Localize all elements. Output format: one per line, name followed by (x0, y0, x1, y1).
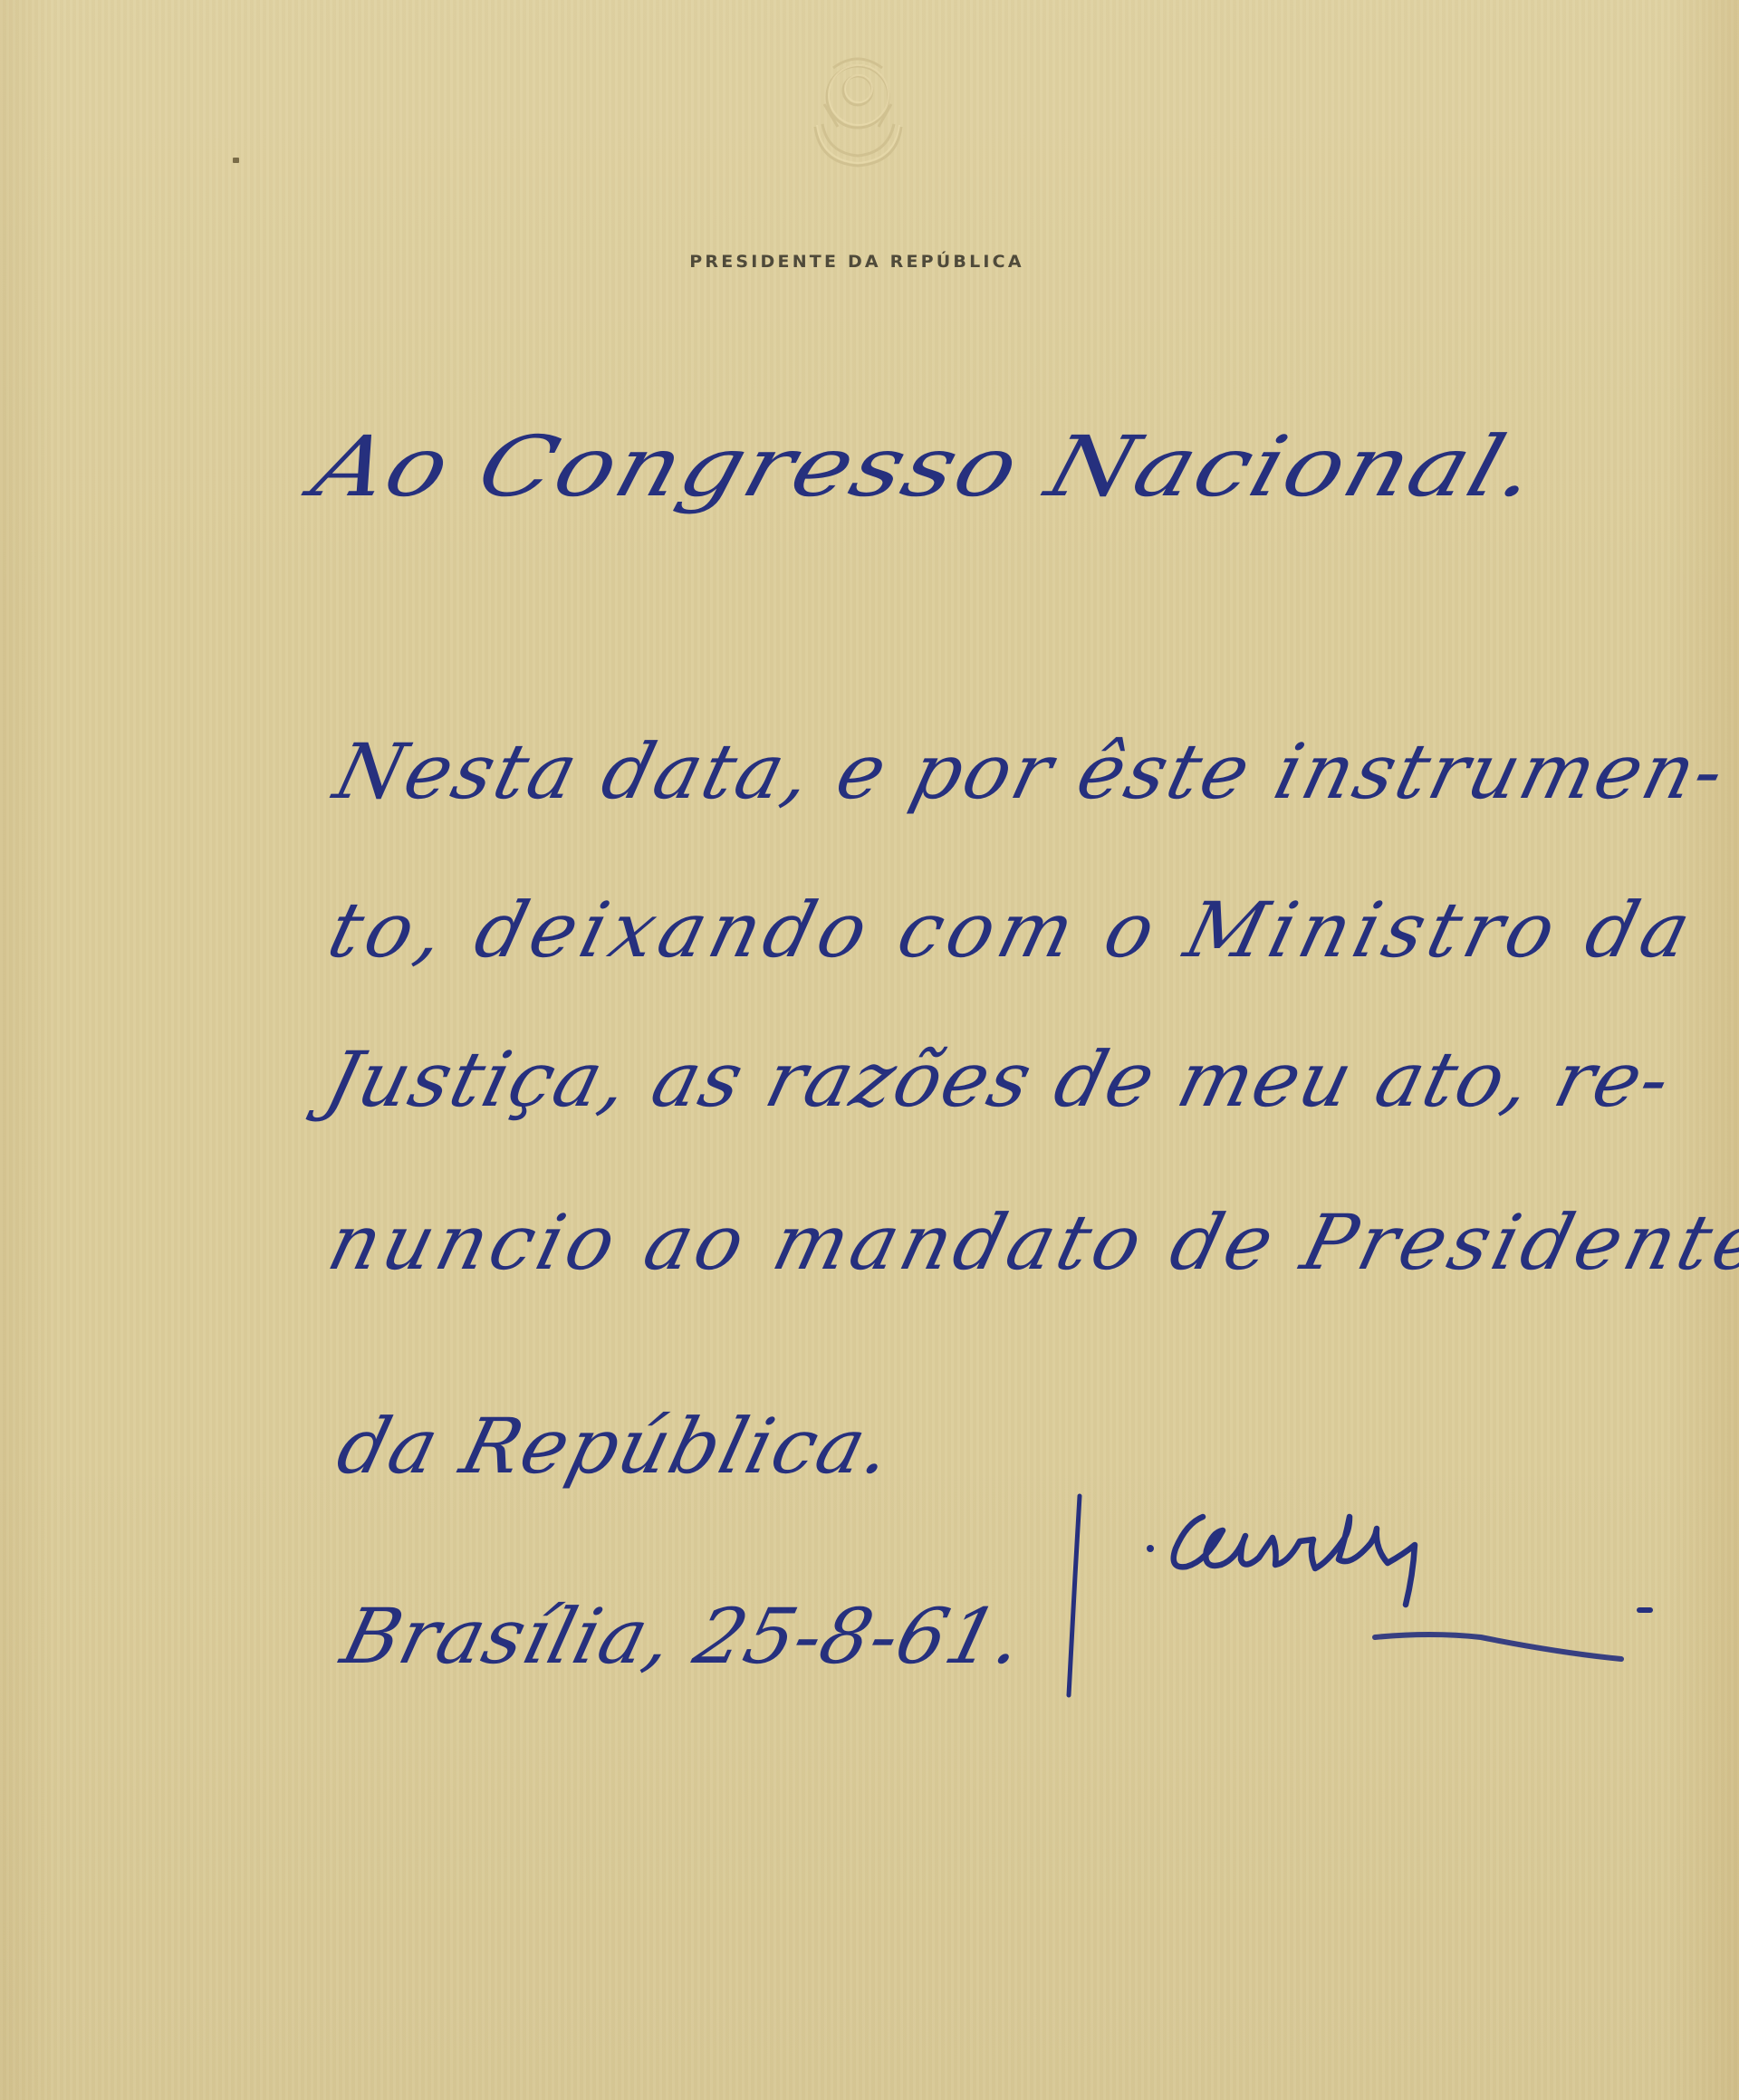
embossed-seal-icon (797, 41, 919, 172)
body-line-2: to, deixando com o Ministro da (322, 892, 1703, 968)
body-line-3: Justiça, as razões de meu ato, re- (319, 1041, 1679, 1117)
paper-speck (233, 158, 239, 163)
salutation: Ao Congresso Nacional. (304, 426, 1548, 509)
body-line-1: Nesta data, e por êste instrumen- (328, 734, 1734, 810)
place-date: Brasília, 25-8-61. (335, 1598, 1032, 1674)
signature-icon (1051, 1476, 1667, 1721)
body-line-4: nuncio ao mandato de Presidente (322, 1204, 1739, 1280)
letterhead-title: PRESIDENTE DA REPÚBLICA (634, 252, 1080, 272)
body-line-5: da República. (331, 1408, 901, 1484)
